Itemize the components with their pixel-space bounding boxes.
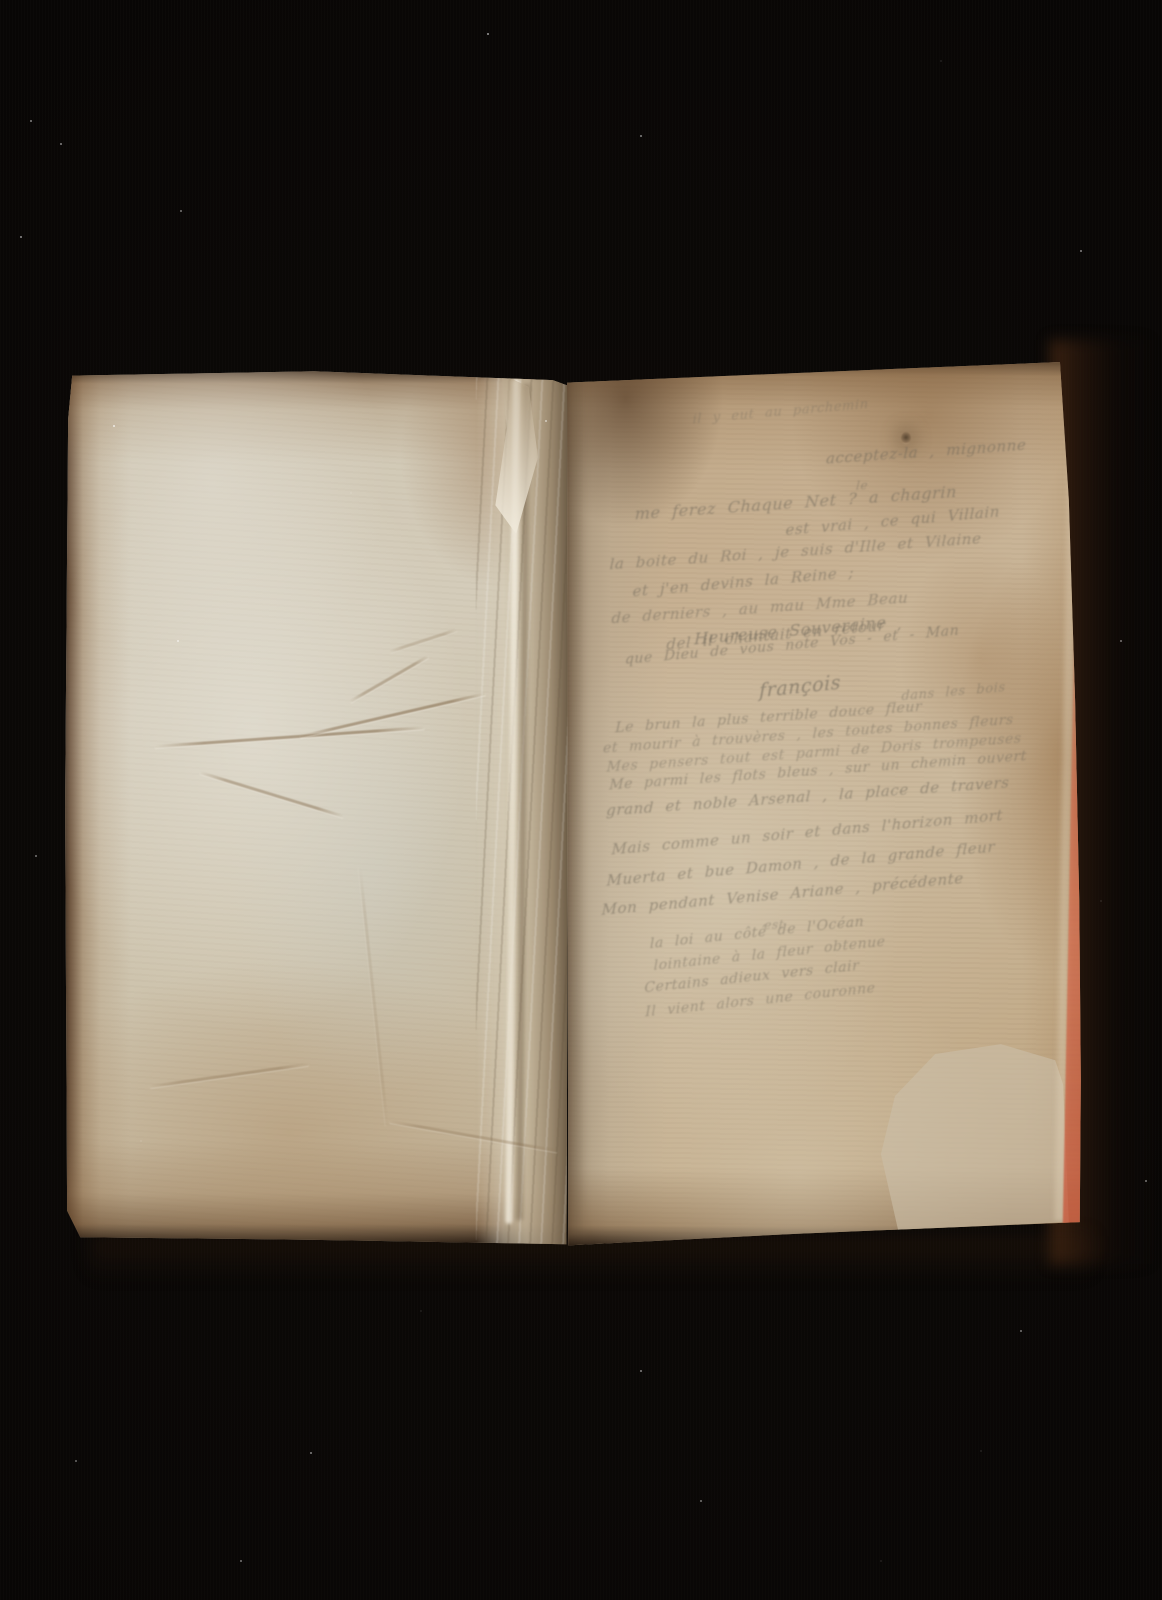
- photo-scanner-background: il y eut au parcheminacceptez-la , migno…: [0, 0, 1162, 1600]
- page-crease: [349, 655, 428, 703]
- page-crease: [155, 726, 425, 748]
- left-page: [60, 366, 568, 1246]
- page-crease: [200, 771, 344, 818]
- dust-specks: [0, 0, 2, 2]
- page-crease: [359, 867, 389, 1126]
- page-crease: [390, 628, 458, 652]
- right-page: [563, 354, 1085, 1248]
- ink-spot: [901, 432, 911, 444]
- peeled-paper-patch: [563, 354, 1085, 1248]
- page-crease: [150, 1063, 309, 1088]
